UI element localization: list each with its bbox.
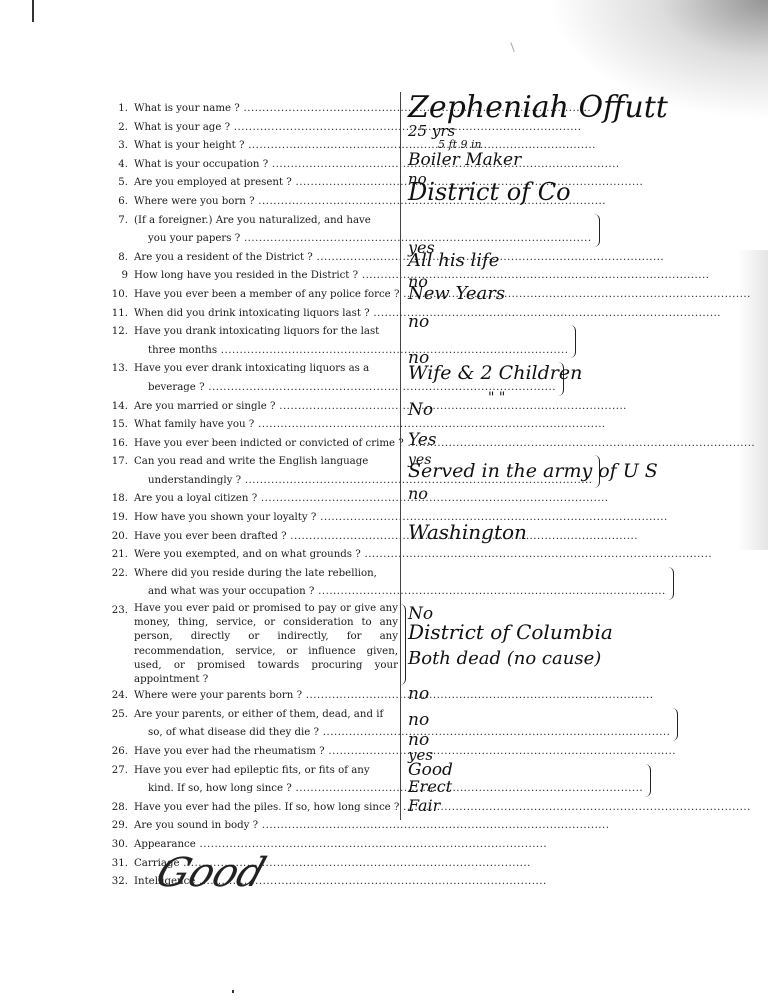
answer-q19: Served in the army of U S bbox=[408, 460, 658, 482]
question-row: 27.Have you ever had epileptic fits, or … bbox=[106, 762, 398, 799]
question-number: 24. bbox=[106, 687, 134, 706]
question-text: (If a foreigner.) Are you naturalized, a… bbox=[134, 212, 592, 249]
answer-q6: District of Co bbox=[408, 178, 571, 206]
question-number: 17. bbox=[106, 453, 134, 490]
question-number: 25. bbox=[106, 706, 134, 743]
question-number: 7. bbox=[106, 212, 134, 249]
answer-q17: Yes bbox=[408, 430, 437, 450]
question-row: 17.Can you read and write the English la… bbox=[106, 453, 398, 490]
question-number: 11. bbox=[106, 305, 134, 324]
question-number: 28. bbox=[106, 799, 134, 818]
question-row: 22.Where did you reside during the late … bbox=[106, 565, 398, 602]
question-row: 9How long have you resided in the Distri… bbox=[106, 267, 398, 286]
question-line: Have you ever had epileptic fits, or fit… bbox=[134, 762, 643, 781]
question-line: Have you ever been indicted or convicted… bbox=[134, 435, 755, 454]
question-line: Have you ever been drafted ? bbox=[134, 528, 638, 547]
question-row: 3.What is your height ? bbox=[106, 137, 398, 156]
question-row: 6.Where were you born ? bbox=[106, 193, 398, 212]
question-text: Have you drank intoxicating liquors for … bbox=[134, 323, 568, 360]
question-number: 3. bbox=[106, 137, 134, 156]
question-row: 8.Are you a resident of the District ? bbox=[106, 249, 398, 268]
question-number: 29. bbox=[106, 817, 134, 836]
question-line: three months bbox=[134, 342, 568, 361]
question-number: 30. bbox=[106, 836, 134, 855]
answer-q11: New Years bbox=[408, 283, 505, 304]
question-number: 6. bbox=[106, 193, 134, 212]
question-row: 14.Are you married or single ? bbox=[106, 398, 398, 417]
question-number: 9 bbox=[106, 267, 134, 286]
question-line: Have you ever paid or promised to pay or… bbox=[134, 602, 398, 687]
question-row: 11.When did you drink intoxicating liquo… bbox=[106, 305, 398, 324]
question-number: 21. bbox=[106, 546, 134, 565]
question-line: kind. If so, how long since ? bbox=[134, 780, 643, 799]
brace-mark bbox=[570, 325, 576, 358]
footer-handwritten-note: Good bbox=[151, 850, 272, 896]
question-number: 27. bbox=[106, 762, 134, 799]
question-number: 14. bbox=[106, 398, 134, 417]
question-number: 22. bbox=[106, 565, 134, 602]
question-number: 31. bbox=[106, 855, 134, 874]
answer-q31: Erect bbox=[408, 777, 452, 796]
brace-mark bbox=[645, 764, 651, 797]
question-number: 16. bbox=[106, 435, 134, 454]
answer-q22: Washington bbox=[408, 520, 527, 544]
question-row: 26.Have you ever had the rheumatism ? bbox=[106, 743, 398, 762]
question-row: 28.Have you ever had the piles. If so, h… bbox=[106, 799, 398, 818]
answer-q27: no bbox=[408, 710, 429, 730]
question-line: Are you married or single ? bbox=[134, 398, 627, 417]
question-number: 1. bbox=[106, 100, 134, 119]
question-number: 2. bbox=[106, 119, 134, 138]
question-number: 5. bbox=[106, 174, 134, 193]
question-row: 20.Have you ever been drafted ? bbox=[106, 528, 398, 547]
question-text: Have you ever had epileptic fits, or fit… bbox=[134, 762, 643, 799]
question-row: 29.Are you sound in body ? bbox=[106, 817, 398, 836]
question-line: What family have you ? bbox=[134, 416, 606, 435]
question-line: Are your parents, or either of them, dea… bbox=[134, 706, 670, 725]
page-edge-mark bbox=[32, 0, 34, 22]
question-number: 13. bbox=[106, 360, 134, 397]
question-row: 12.Have you drank intoxicating liquors f… bbox=[106, 323, 398, 360]
answer-q14: Wife & 2 Children bbox=[408, 362, 582, 384]
question-text: What is your occupation ? bbox=[134, 156, 620, 175]
answer-q16: No bbox=[408, 400, 433, 420]
question-number: 15. bbox=[106, 416, 134, 435]
question-text: Have you ever had the rheumatism ? bbox=[134, 743, 676, 762]
answer-q1: Zepheniah Offutt bbox=[408, 90, 668, 125]
question-line: Where were your parents born ? bbox=[134, 687, 653, 706]
question-number: 18. bbox=[106, 490, 134, 509]
answer-q12: no bbox=[408, 312, 429, 332]
scan-dot bbox=[232, 990, 234, 993]
question-text: Are your parents, or either of them, dea… bbox=[134, 706, 670, 743]
answer-q24: District of Columbia bbox=[408, 620, 613, 644]
question-line: you your papers ? bbox=[134, 230, 592, 249]
question-number: 19. bbox=[106, 509, 134, 528]
question-line: so, of what disease did they die ? bbox=[134, 724, 670, 743]
question-line: Have you ever had the rheumatism ? bbox=[134, 743, 676, 762]
question-line: Have you ever had the piles. If so, how … bbox=[134, 799, 751, 818]
question-row: 1.What is your name ? bbox=[106, 100, 398, 119]
answer-q15: " " bbox=[488, 390, 505, 406]
question-line: What is your occupation ? bbox=[134, 156, 620, 175]
question-row: 24.Where were your parents born ? bbox=[106, 687, 398, 706]
question-row: 5.Are you employed at present ? bbox=[106, 174, 398, 193]
answer-q20: no bbox=[408, 484, 428, 503]
question-row: 18.Are you a loyal citizen ? bbox=[106, 490, 398, 509]
question-line: What is your height ? bbox=[134, 137, 596, 156]
question-text: What family have you ? bbox=[134, 416, 606, 435]
question-row: 7.(If a foreigner.) Are you naturalized,… bbox=[106, 212, 398, 249]
answer-q32: Fair bbox=[408, 796, 440, 815]
question-number: 8. bbox=[106, 249, 134, 268]
question-row: 2.What is your age ? bbox=[106, 119, 398, 138]
question-text: Have you ever been drafted ? bbox=[134, 528, 638, 547]
question-text: Have you ever been indicted or convicted… bbox=[134, 435, 755, 454]
question-row: 4.What is your occupation ? bbox=[106, 156, 398, 175]
question-line: Are you sound in body ? bbox=[134, 817, 610, 836]
question-row: 15.What family have you ? bbox=[106, 416, 398, 435]
answer-q9: All his life bbox=[408, 250, 499, 271]
brace-mark bbox=[672, 708, 678, 741]
question-list: 1.What is your name ?2.What is your age … bbox=[106, 100, 398, 892]
question-line: (If a foreigner.) Are you naturalized, a… bbox=[134, 212, 592, 231]
brace-mark bbox=[668, 567, 674, 600]
question-row: 19.How have you shown your loyalty ? bbox=[106, 509, 398, 528]
question-number: 10. bbox=[106, 286, 134, 305]
question-text: Where were your parents born ? bbox=[134, 687, 653, 706]
question-number: 4. bbox=[106, 156, 134, 175]
question-row: 16.Have you ever been indicted or convic… bbox=[106, 435, 398, 454]
question-number: 23. bbox=[106, 602, 134, 687]
column-divider bbox=[400, 92, 401, 820]
question-number: 12. bbox=[106, 323, 134, 360]
question-text: What is your height ? bbox=[134, 137, 596, 156]
question-text: Are you married or single ? bbox=[134, 398, 627, 417]
answer-q4: Boiler Maker bbox=[408, 150, 521, 170]
scan-mark bbox=[510, 42, 514, 52]
answer-q26: no bbox=[408, 684, 429, 704]
brace-mark bbox=[594, 214, 600, 247]
question-row: 21.Were you exempted, and on what ground… bbox=[106, 546, 398, 565]
question-text: Are you sound in body ? bbox=[134, 817, 610, 836]
question-number: 32. bbox=[106, 873, 134, 892]
question-number: 20. bbox=[106, 528, 134, 547]
question-row: 25.Are your parents, or either of them, … bbox=[106, 706, 398, 743]
answer-q25: Both dead (no cause) bbox=[408, 648, 601, 669]
question-line: Were you exempted, and on what grounds ? bbox=[134, 546, 712, 565]
question-text: Are you a loyal citizen ? bbox=[134, 490, 609, 509]
question-number: 26. bbox=[106, 743, 134, 762]
question-text: Have you ever paid or promised to pay or… bbox=[134, 602, 398, 687]
question-row: 13.Have you ever drank intoxicating liqu… bbox=[106, 360, 398, 397]
question-line: Have you drank intoxicating liquors for … bbox=[134, 323, 568, 342]
question-row: 10.Have you ever been a member of any po… bbox=[106, 286, 398, 305]
question-text: Have you ever had the piles. If so, how … bbox=[134, 799, 751, 818]
question-text: Were you exempted, and on what grounds ? bbox=[134, 546, 712, 565]
question-line: Are you a loyal citizen ? bbox=[134, 490, 609, 509]
question-row: 23.Have you ever paid or promised to pay… bbox=[106, 602, 398, 687]
